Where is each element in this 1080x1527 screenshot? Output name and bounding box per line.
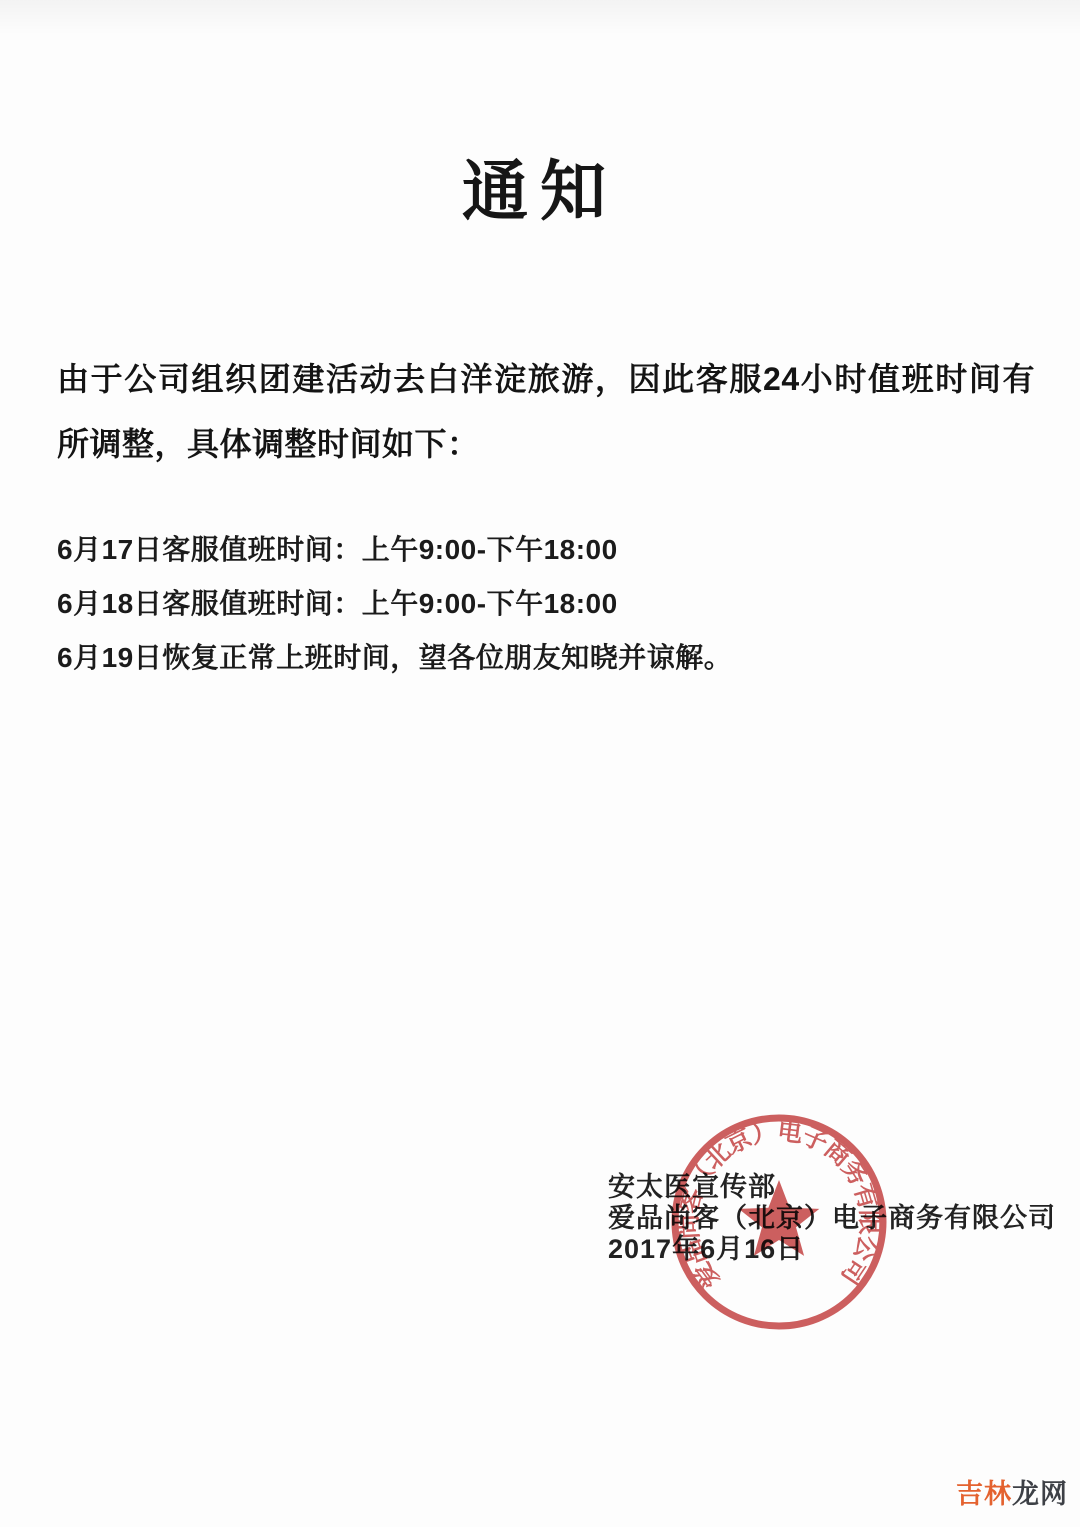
schedule-list: 6月17日客服值班时间：上午9:00-下午18:00 6月18日客服值班时间：上… [57,536,957,698]
site-watermark: 吉林龙网 [956,1472,1068,1511]
scan-noise-texture [0,0,1080,50]
signature-date: 2017年6月16日 [608,1234,1056,1265]
schedule-line-jun19: 6月19日恢复正常上班时间，望各位朋友知晓并谅解。 [57,644,957,672]
page-title: 通知 [0,138,1080,233]
schedule-line-jun18: 6月18日客服值班时间：上午9:00-下午18:00 [57,590,957,618]
signature-department: 安太医宣传部 [608,1172,1056,1203]
signature-block: 安太医宣传部 爱品尚客（北京）电子商务有限公司 2017年6月16日 [608,1172,1056,1265]
watermark-suffix: 龙网 [1012,1479,1068,1509]
notice-document: 通知 由于公司组织团建活动去白洋淀旅游，因此客服24小时值班时间有所调整，具体调… [0,0,1080,1527]
signature-company: 爱品尚客（北京）电子商务有限公司 [608,1203,1056,1234]
schedule-line-jun17: 6月17日客服值班时间：上午9:00-下午18:00 [57,536,957,564]
notice-body-paragraph: 由于公司组织团建活动去白洋淀旅游，因此客服24小时值班时间有所调整，具体调整时间… [57,347,1035,477]
watermark-prefix: 吉林 [956,1479,1012,1509]
